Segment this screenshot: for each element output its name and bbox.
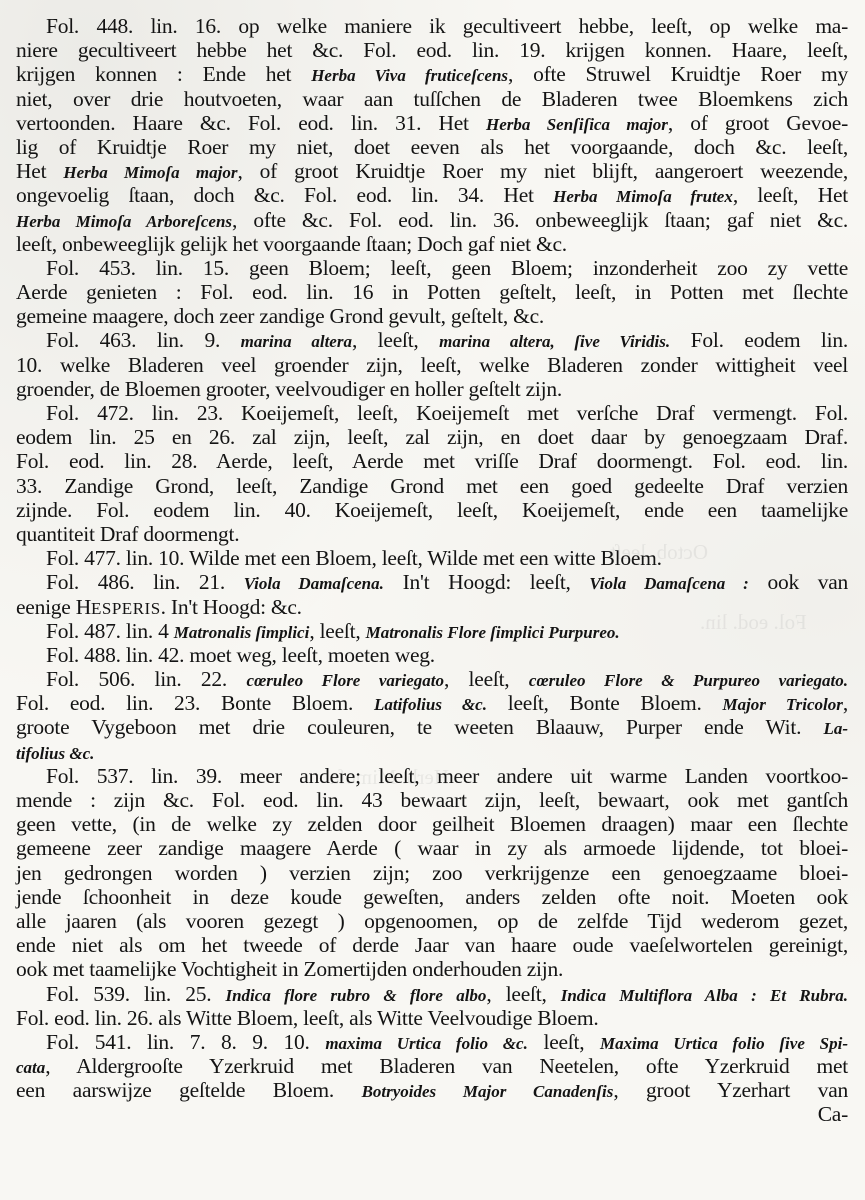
- latin-plant-name: Botryoides Major Canadenſis: [362, 1082, 614, 1101]
- text-run: Fol. eodem lin.: [670, 328, 848, 352]
- text-run: Fol. eod. lin. 23. Bonte Bloem.: [16, 691, 374, 715]
- text-run: , ofte &c. Fol. eod. lin. 36. onbeweegli…: [232, 208, 848, 232]
- text-run: Fol. eod. lin. 28. Aerde, leeſt, Aerde m…: [16, 449, 848, 473]
- text-line: geen vette, (in de welke zy zelden door …: [16, 812, 848, 836]
- text-line: vertoonden. Haare &c. Fol. eod. lin. 31.…: [16, 111, 848, 135]
- latin-plant-name: Latifolius &c.: [374, 695, 487, 714]
- text-run: Fol. 463. lin. 9.: [46, 328, 241, 352]
- latin-plant-name: tifolius &c.: [16, 744, 94, 763]
- text-run: eenige: [16, 595, 76, 619]
- text-run: groender, de Bloemen grooter, veelvoudig…: [16, 377, 562, 401]
- text-run: leeſt,: [528, 1030, 600, 1054]
- text-line: eenige HESPERIS. In't Hoogd: &c.: [16, 595, 848, 619]
- text-run: , leeſt,: [444, 667, 529, 691]
- text-run: , of groot Kruidtje Roer my niet blijft,…: [237, 159, 848, 183]
- text-run: gemeene zeer zandige maagere Aerde ( waa…: [16, 836, 848, 860]
- text-line: Herba Mimoſa Arboreſcens, ofte &c. Fol. …: [16, 208, 848, 232]
- text-run: leeſt, onbeweeglijk gelijk het voorgaand…: [16, 232, 567, 256]
- text-run: . In't Hoogd: &c.: [161, 595, 302, 619]
- text-line: cata, Aldergrooſte Yzerkruid met Bladere…: [16, 1054, 848, 1078]
- small-caps-text: ESPERIS: [91, 599, 161, 618]
- text-run: Aerde genieten : Fol. eod. lin. 16 in Po…: [16, 280, 848, 304]
- text-run: In't Hoogd: leeſt,: [384, 570, 590, 594]
- text-run: ende niet als om het tweede of derde Jaa…: [16, 933, 848, 957]
- text-run: jende ſchoonheit in deze koude geweſten,…: [16, 885, 848, 909]
- text-run: Fol. 477. lin. 10. Wilde met een Bloem, …: [46, 546, 662, 570]
- errata-entry-start-line: Fol. 472. lin. 23. Koeijemeſt, leeſt, Ko…: [16, 401, 848, 425]
- errata-entry-start-line: Fol. 506. lin. 22. cœruleo Flore variega…: [16, 667, 848, 691]
- text-line: ongevoelig ſtaan, doch &c. Fol. eod. lin…: [16, 183, 848, 207]
- text-run: ,: [843, 691, 848, 715]
- text-run: Fol. 472. lin. 23. Koeijemeſt, leeſt, Ko…: [46, 401, 848, 425]
- scanned-page: Octob. leeſt Fol. eod. lin. Herb. Mimoſa…: [0, 0, 865, 1200]
- text-line: ook met taamelijke Vochtigheit in Zomert…: [16, 957, 848, 981]
- text-line: Ca-: [16, 1102, 848, 1126]
- text-run: Fol. eod. lin. 26. als Witte Bloem, leeſ…: [16, 1006, 598, 1030]
- errata-entry-start-line: Fol. 463. lin. 9. marina altera, leeſt, …: [16, 328, 848, 352]
- text-line: ende niet als om het tweede of derde Jaa…: [16, 933, 848, 957]
- latin-plant-name: Herba Mimoſa major: [63, 163, 237, 182]
- text-line: quantiteit Draf doormengt.: [16, 522, 848, 546]
- text-line: niere gecultiveert hebbe het &c. Fol. eo…: [16, 38, 848, 62]
- latin-plant-name: Herba Mimoſa Arboreſcens: [16, 212, 232, 231]
- text-run: , groot Yzerhart van: [613, 1078, 848, 1102]
- text-run: Fol. 541. lin. 7. 8. 9. 10.: [46, 1030, 325, 1054]
- text-line: eodem lin. 25 en 26. zal zijn, leeſt, za…: [16, 425, 848, 449]
- latin-plant-name: maxima Urtica folio &c.: [325, 1034, 528, 1053]
- text-run: mende : zijn &c. Fol. eod. lin. 43 bewaa…: [16, 788, 848, 812]
- latin-plant-name: Herba Mimoſa frutex: [553, 187, 733, 206]
- latin-plant-name: Matronalis ſimplici: [174, 623, 310, 642]
- latin-plant-name: La-: [823, 719, 848, 738]
- latin-plant-name: Matronalis Flore ſimplici Purpureo.: [366, 623, 620, 642]
- text-run: gemeine maagere, doch zeer zandige Grond…: [16, 304, 544, 328]
- errata-entry-start-line: Fol. 539. lin. 25. Indica flore rubro & …: [16, 982, 848, 1006]
- latin-plant-name: Herba Viva fruticeſcens: [311, 66, 508, 85]
- text-line: een aarswijze geſtelde Bloem. Botryoides…: [16, 1078, 848, 1102]
- text-line: groender, de Bloemen grooter, veelvoudig…: [16, 377, 848, 401]
- text-run: een aarswijze geſtelde Bloem.: [16, 1078, 362, 1102]
- text-run: H: [76, 595, 91, 619]
- text-line: Fol. eod. lin. 28. Aerde, leeſt, Aerde m…: [16, 449, 848, 473]
- text-run: jen gedrongen worden ) verzien zijn; zoo…: [16, 861, 848, 885]
- latin-plant-name: Indica Multiflora Alba : Et Rubra.: [561, 986, 848, 1005]
- text-run: , of groot Gevoe-: [668, 111, 848, 135]
- latin-plant-name: marina altera: [241, 332, 352, 351]
- text-run: Het: [16, 159, 63, 183]
- text-run: , ofte Struwel Kruidtje Roer my: [508, 62, 848, 86]
- text-run: groote Vygeboon met drie couleuren, te w…: [16, 715, 823, 739]
- text-run: Fol. 539. lin. 25.: [46, 982, 225, 1006]
- latin-plant-name: Indica flore rubro & flore albo: [225, 986, 486, 1005]
- latin-plant-name: Herba Senſiſica major: [486, 115, 668, 134]
- text-run: , Aldergrooſte Yzerkruid met Bladeren va…: [45, 1054, 848, 1078]
- text-line: Fol. eod. lin. 23. Bonte Bloem. Latifoli…: [16, 691, 848, 715]
- errata-entry-start-line: Fol. 537. lin. 39. meer andere; leeſt, m…: [16, 764, 848, 788]
- errata-entry-start-line: Fol. 477. lin. 10. Wilde met een Bloem, …: [16, 546, 848, 570]
- text-line: lig of Kruidtje Roer my niet, doet eeven…: [16, 135, 848, 159]
- text-line: krijgen konnen : Ende het Herba Viva fru…: [16, 62, 848, 86]
- text-run: , leeſt,: [486, 982, 560, 1006]
- text-line: alle jaaren (als vooren gezegt ) opgenoo…: [16, 909, 848, 933]
- latin-plant-name: cœruleo Flore variegato: [246, 671, 444, 690]
- text-run: ook van: [749, 570, 848, 594]
- text-run: Fol. 487. lin. 4: [46, 619, 174, 643]
- text-run: Fol. 488. lin. 42. moet weg, leeſt, moet…: [46, 643, 435, 667]
- latin-plant-name: Viola Damaſcena :: [589, 574, 748, 593]
- latin-plant-name: marina altera, ſive Viridis.: [439, 332, 670, 351]
- text-run: quantiteit Draf doormengt.: [16, 522, 239, 546]
- text-line: zijnde. Fol. eodem lin. 40. Koeijemeſt, …: [16, 498, 848, 522]
- text-run: ook met taamelijke Vochtigheit in Zomert…: [16, 957, 563, 981]
- text-run: leeſt, Bonte Bloem.: [487, 691, 723, 715]
- text-run: 10. welke Bladeren veel groender zijn, l…: [16, 353, 848, 377]
- errata-entry-start-line: Fol. 541. lin. 7. 8. 9. 10. maxima Urtic…: [16, 1030, 848, 1054]
- errata-entry-start-line: Fol. 488. lin. 42. moet weg, leeſt, moet…: [16, 643, 848, 667]
- text-line: Aerde genieten : Fol. eod. lin. 16 in Po…: [16, 280, 848, 304]
- errata-text-block: Fol. 448. lin. 16. op welke maniere ik g…: [16, 14, 848, 1127]
- text-run: , leeſt, Het: [733, 183, 848, 207]
- latin-plant-name: cœruleo Flore & Purpureo variegato.: [529, 671, 848, 690]
- text-line: jen gedrongen worden ) verzien zijn; zoo…: [16, 861, 848, 885]
- text-run: ongevoelig ſtaan, doch &c. Fol. eod. lin…: [16, 183, 553, 207]
- text-run: Fol. 448. lin. 16. op welke maniere ik g…: [46, 14, 848, 38]
- text-line: niet, over drie houtvoeten, waar aan tuſ…: [16, 87, 848, 111]
- text-run: , leeſt,: [309, 619, 365, 643]
- text-run: niere gecultiveert hebbe het &c. Fol. eo…: [16, 38, 848, 62]
- latin-plant-name: Viola Damaſcena.: [244, 574, 384, 593]
- text-line: Het Herba Mimoſa major, of groot Kruidtj…: [16, 159, 848, 183]
- text-line: groote Vygeboon met drie couleuren, te w…: [16, 715, 848, 739]
- text-run: alle jaaren (als vooren gezegt ) opgenoo…: [16, 909, 848, 933]
- text-line: 10. welke Bladeren veel groender zijn, l…: [16, 353, 848, 377]
- errata-entry-start-line: Fol. 448. lin. 16. op welke maniere ik g…: [16, 14, 848, 38]
- text-run: Fol. 506. lin. 22.: [46, 667, 246, 691]
- text-run: Fol. 486. lin. 21.: [46, 570, 244, 594]
- latin-plant-name: cata: [16, 1058, 45, 1077]
- text-run: lig of Kruidtje Roer my niet, doet eeven…: [16, 135, 848, 159]
- text-run: eodem lin. 25 en 26. zal zijn, leeſt, za…: [16, 425, 848, 449]
- text-line: jende ſchoonheit in deze koude geweſten,…: [16, 885, 848, 909]
- text-run: Ca-: [818, 1102, 848, 1126]
- text-line: gemeene zeer zandige maagere Aerde ( waa…: [16, 836, 848, 860]
- latin-plant-name: Maxima Urtica folio ſive Spi-: [600, 1034, 848, 1053]
- errata-entry-start-line: Fol. 487. lin. 4 Matronalis ſimplici, le…: [16, 619, 848, 643]
- text-run: , leeſt,: [352, 328, 439, 352]
- text-line: mende : zijn &c. Fol. eod. lin. 43 bewaa…: [16, 788, 848, 812]
- latin-plant-name: Major Tricolor: [722, 695, 842, 714]
- text-run: vertoonden. Haare &c. Fol. eod. lin. 31.…: [16, 111, 486, 135]
- errata-entry-start-line: Fol. 453. lin. 15. geen Bloem; leeſt, ge…: [16, 256, 848, 280]
- text-run: 33. Zandige Grond, leeſt, Zandige Grond …: [16, 474, 848, 498]
- text-run: Fol. 453. lin. 15. geen Bloem; leeſt, ge…: [46, 256, 848, 280]
- text-line: 33. Zandige Grond, leeſt, Zandige Grond …: [16, 474, 848, 498]
- text-line: tifolius &c.: [16, 740, 848, 764]
- text-run: Fol. 537. lin. 39. meer andere; leeſt, m…: [46, 764, 848, 788]
- text-run: krijgen konnen : Ende het: [16, 62, 311, 86]
- text-run: zijnde. Fol. eodem lin. 40. Koeijemeſt, …: [16, 498, 848, 522]
- text-line: leeſt, onbeweeglijk gelijk het voorgaand…: [16, 232, 848, 256]
- text-run: niet, over drie houtvoeten, waar aan tuſ…: [16, 87, 848, 111]
- text-line: gemeine maagere, doch zeer zandige Grond…: [16, 304, 848, 328]
- text-run: geen vette, (in de welke zy zelden door …: [16, 812, 848, 836]
- errata-entry-start-line: Fol. 486. lin. 21. Viola Damaſcena. In't…: [16, 570, 848, 594]
- text-line: Fol. eod. lin. 26. als Witte Bloem, leeſ…: [16, 1006, 848, 1030]
